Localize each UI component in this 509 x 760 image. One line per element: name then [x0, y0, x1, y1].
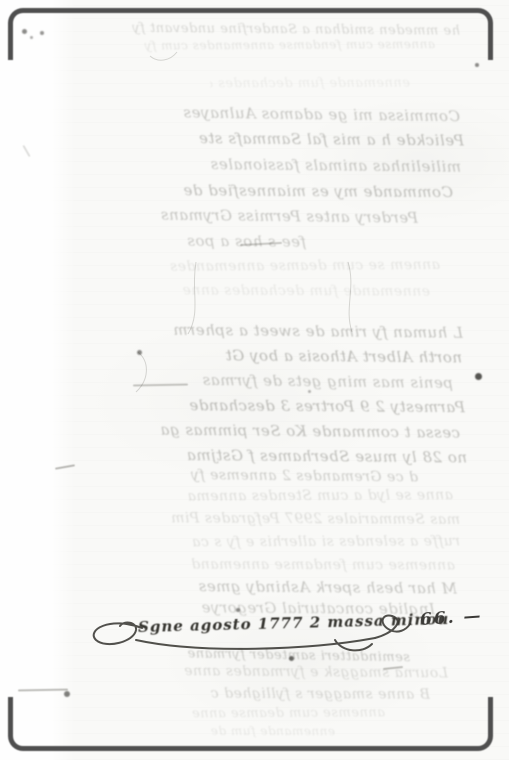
viewer-frame-top [8, 8, 493, 60]
scan-viewport: he mmeden smidhan a Sanderfine undevant … [0, 0, 509, 760]
ink-speck [137, 350, 142, 355]
viewer-frame-bottom [8, 697, 493, 751]
ink-speck [289, 656, 294, 661]
signature-bleedthrough: Sgne agosto 1777 2 massa minou [80, 604, 420, 656]
ink-speck [475, 373, 482, 380]
ink-speck [475, 63, 479, 67]
ink-speck [308, 390, 311, 393]
